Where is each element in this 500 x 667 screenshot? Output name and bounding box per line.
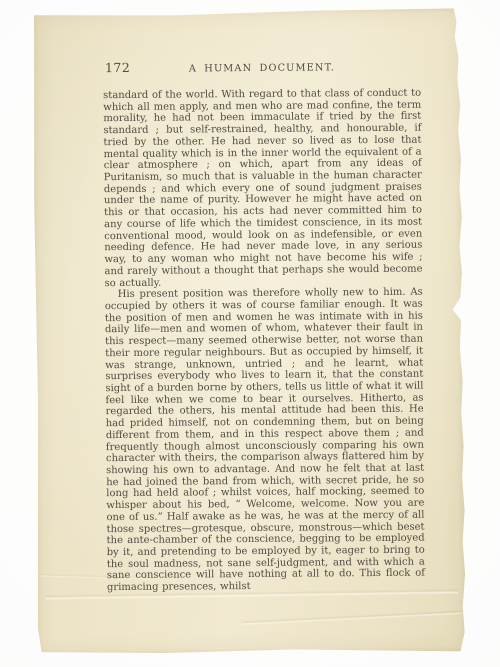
paragraph: His present position was therefore wholl… (105, 287, 425, 594)
scan-background: 172 A HUMAN DOCUMENT. standard of the wo… (0, 0, 500, 667)
text-column: 172 A HUMAN DOCUMENT. standard of the wo… (102, 9, 425, 594)
paragraph: standard of the world. With regard to th… (103, 88, 423, 290)
page-number: 172 (105, 60, 130, 75)
running-title: A HUMAN DOCUMENT. (103, 60, 421, 75)
page-header: 172 A HUMAN DOCUMENT. (102, 9, 421, 77)
body-text: standard of the world. With regard to th… (103, 88, 425, 594)
book-page: 172 A HUMAN DOCUMENT. standard of the wo… (31, 8, 466, 654)
paper-crease (243, 607, 463, 628)
